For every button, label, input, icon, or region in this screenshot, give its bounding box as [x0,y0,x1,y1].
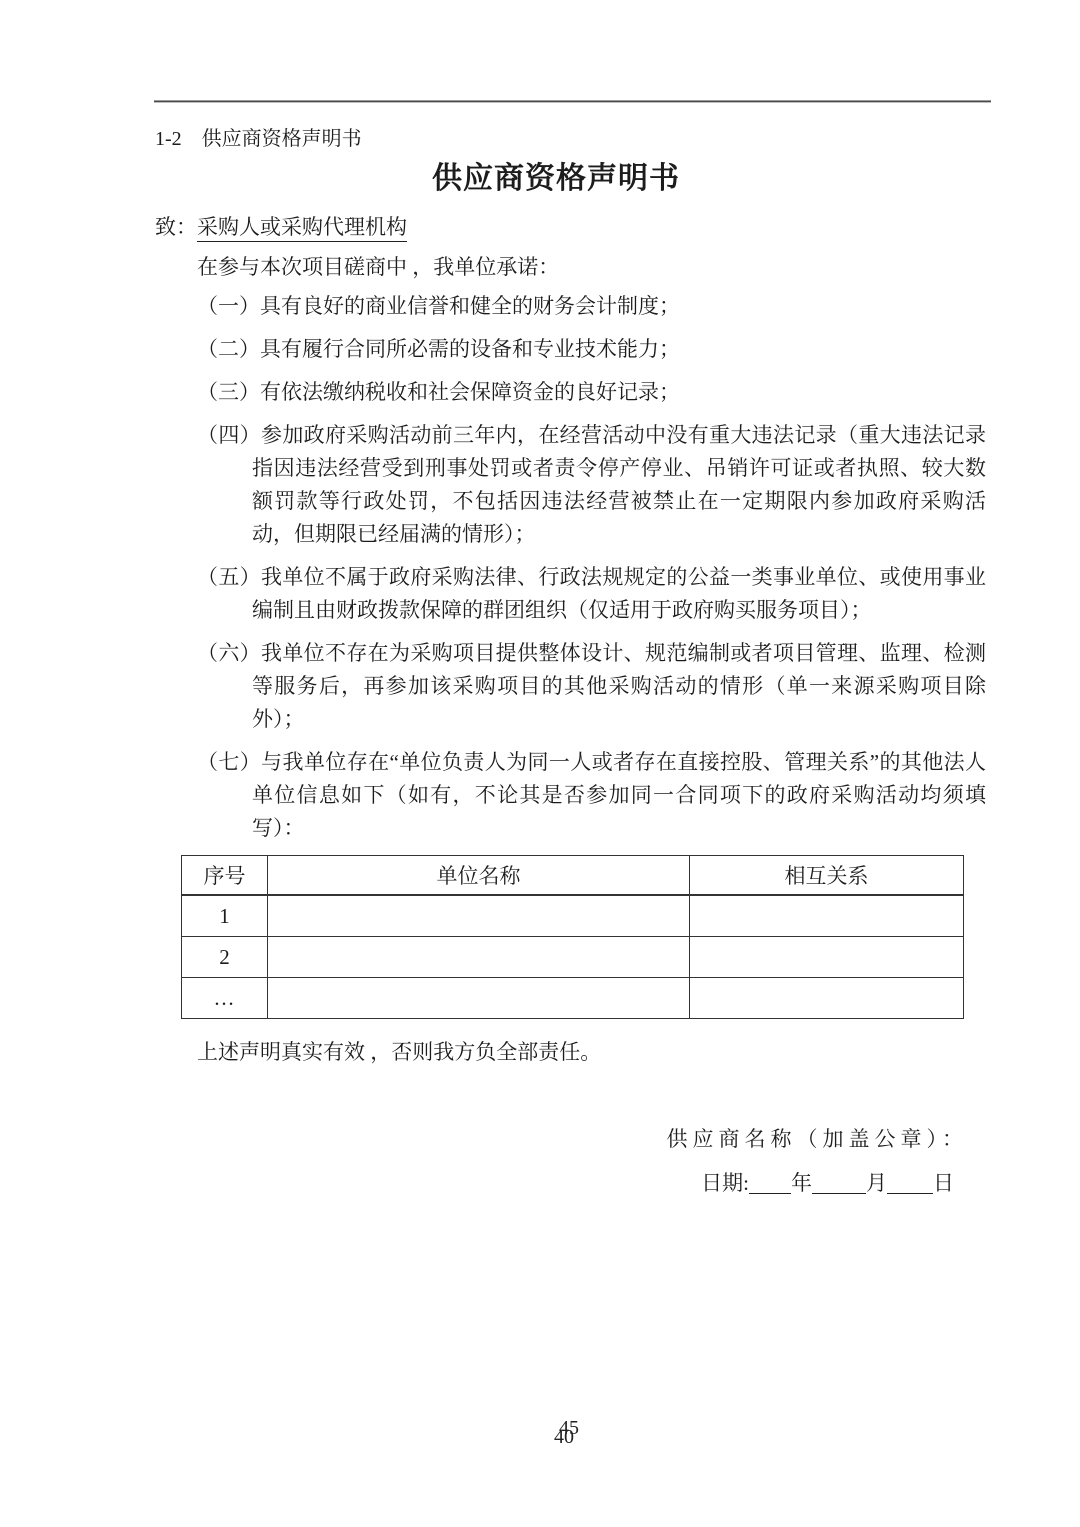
salutation-prefix: 致： [155,215,197,239]
relation-cell [690,895,964,937]
section-label-text: 供应商资格声明书 [202,128,362,150]
date-prefix: 日期: [701,1171,749,1195]
intro-paragraph: 在参与本次项目磋商中 ，我单位承诺： [155,251,985,284]
commitment-item-2: （二）具有履行合同所必需的设备和专业技术能力； [155,333,986,366]
page-title: 供应商资格声明书 [155,160,957,198]
commitment-item-4: （四）参加政府采购活动前三年内，在经营活动中没有重大违法记录（重大违法记录指因违… [155,419,986,551]
item-number: （五） [197,565,261,589]
relation-cell [690,937,964,978]
item-text: 我单位不存在为采购项目提供整体设计、规范编制或者项目管理、监理、检测等服务后，再… [252,641,986,731]
commitment-item-5: （五）我单位不属于政府采购法律、行政法规规定的公益一类事业单位、或使用事业编制且… [155,561,986,627]
day-blank [887,1173,933,1194]
section-number: 1-2 [155,128,182,150]
year-blank [749,1173,791,1194]
commitment-item-3: （三）有依法缴纳税收和社会保障资金的良好记录； [155,376,986,409]
column-header-unit-name: 单位名称 [268,856,690,896]
item-number: （二） [197,337,260,361]
header-rule [154,100,991,103]
item-text: 我单位不属于政府采购法律、行政法规规定的公益一类事业单位、或使用事业编制且由财政… [252,565,986,622]
salutation-recipient: 采购人或采购代理机构 [197,215,407,242]
commitment-item-6: （六）我单位不存在为采购项目提供整体设计、规范编制或者项目管理、监理、检测等服务… [155,637,986,736]
commitment-item-1: （一）具有良好的商业信誉和健全的财务会计制度； [155,290,986,323]
month-label: 月 [866,1171,887,1195]
row-number-cell: 2 [182,937,268,978]
table-header-row: 序号 单位名称 相互关系 [182,856,964,896]
row-number-cell: 1 [182,895,268,937]
row-number-cell: … [182,978,268,1019]
item-number: （一） [197,294,260,318]
item-number: （七） [197,750,261,774]
date-line: 日期:年月日 [701,1168,954,1198]
unit-name-cell [268,978,690,1019]
section-label: 1-2供应商资格声明书 [155,126,362,152]
item-number: （四） [197,423,261,447]
unit-name-cell [268,937,690,978]
related-units-table: 序号 单位名称 相互关系 1 2 … [181,855,964,1019]
commitment-item-7: （七）与我单位存在“单位负责人为同一人或者存在直接控股、管理关系”的其他法人单位… [155,746,986,845]
month-blank [812,1173,866,1194]
table-row: … [182,978,964,1019]
commitment-list: （一）具有良好的商业信誉和健全的财务会计制度； （二）具有履行合同所必需的设备和… [155,290,986,855]
item-text: 具有良好的商业信誉和健全的财务会计制度； [260,294,680,318]
column-header-relation: 相互关系 [690,856,964,896]
document-page: 1-2供应商资格声明书 供应商资格声明书 致：采购人或采购代理机构 在参与本次项… [0,0,1080,1527]
item-text: 参加政府采购活动前三年内，在经营活动中没有重大违法记录（重大违法记录指因违法经营… [252,423,986,546]
closing-statement: 上述声明真实有效 ，否则我方负全部责任。 [155,1036,985,1069]
table-row: 1 [182,895,964,937]
column-header-no: 序号 [182,856,268,896]
item-text: 有依法缴纳税收和社会保障资金的良好记录； [260,380,680,404]
year-label: 年 [791,1171,812,1195]
salutation: 致：采购人或采购代理机构 [155,212,407,242]
item-number: （六） [197,641,261,665]
table-row: 2 [182,937,964,978]
day-label: 日 [933,1171,954,1195]
item-text: 与我单位存在“单位负责人为同一人或者存在直接控股、管理关系”的其他法人单位信息如… [252,750,986,840]
relation-cell [690,978,964,1019]
supplier-signature-label: 供应商名称（加盖公章）： [667,1124,969,1154]
page-number-bottom: 40 [554,1427,574,1447]
unit-name-cell [268,895,690,937]
item-number: （三） [197,380,260,404]
item-text: 具有履行合同所必需的设备和专业技术能力； [260,337,680,361]
